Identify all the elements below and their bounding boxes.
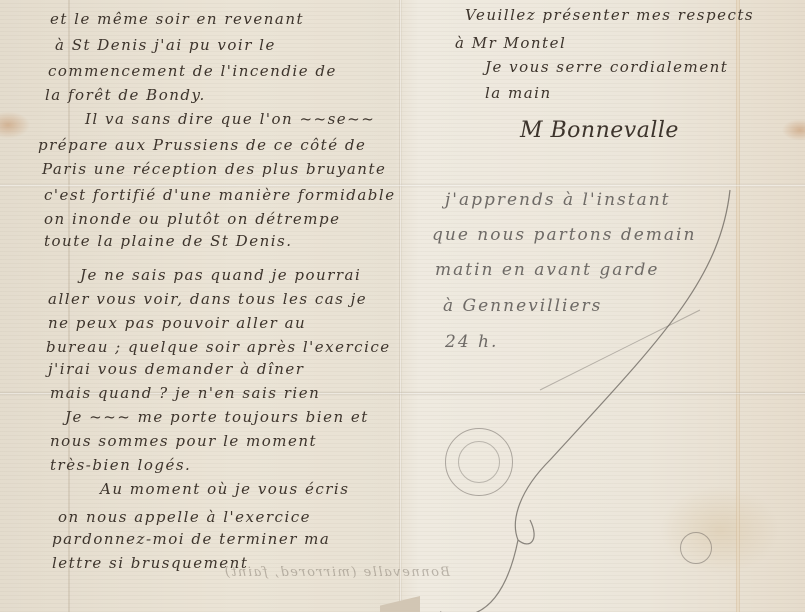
closing-line: Veuillez présenter mes respects	[465, 6, 754, 24]
letter-line: bureau ; quelque soir après l'exercice	[46, 338, 391, 356]
letter-line: c'est fortifié d'une manière formidable	[44, 186, 396, 204]
signature: M Bonnevalle	[520, 118, 679, 143]
letter-line: Paris une réception des plus bruyante	[42, 160, 386, 178]
letter-line: aller vous voir, dans tous les cas je	[48, 290, 367, 308]
closing-line: à Mr Montel	[455, 34, 566, 52]
letter-line: Je ~~~ me porte toujours bien et	[65, 408, 369, 426]
letter-line: Je ne sais pas quand je pourrai	[80, 266, 361, 284]
pencil-note-line: que nous partons demain	[432, 225, 696, 245]
letter-line: mais quand ? je n'en sais rien	[50, 384, 320, 402]
letter-paper: et le même soir en revenant à St Denis j…	[0, 0, 805, 612]
closing-line: Je vous serre cordialement	[485, 58, 728, 76]
letter-line: pardonnez-moi de terminer ma	[52, 530, 330, 548]
letter-line: ne peux pas pouvoir aller au	[48, 314, 306, 332]
letter-line: nous sommes pour le moment	[50, 432, 317, 450]
fold-crease-right	[736, 0, 740, 612]
letter-line: la forêt de Bondy.	[45, 86, 206, 104]
letter-line: lettre si brusquement	[52, 554, 248, 572]
closing-line: la main	[485, 84, 552, 102]
letter-line: commencement de l'incendie de	[48, 62, 337, 80]
letter-line: on inonde ou plutôt on détrempe	[44, 210, 340, 228]
pencil-note-line: 24 h.	[445, 332, 498, 352]
pencil-note-line: matin en avant garde	[435, 260, 659, 280]
letter-line: on nous appelle à l'exercice	[58, 508, 311, 526]
letter-line: Il va sans dire que l'on ~~se~~	[85, 110, 375, 128]
letter-line: j'irai vous demander à dîner	[48, 360, 304, 378]
letter-line: toute la plaine de St Denis.	[44, 232, 293, 250]
pencil-note-line: j'apprends à l'instant	[445, 190, 671, 210]
postmark-stamp-inner-ring	[458, 441, 500, 483]
letter-line: et le même soir en revenant	[50, 10, 304, 28]
letter-line: à St Denis j'ai pu voir le	[55, 36, 276, 54]
letter-line: Au moment où je vous écris	[100, 480, 349, 498]
pencil-note-line: à Gennevilliers	[443, 296, 602, 316]
letter-line: prépare aux Prussiens de ce côté de	[38, 136, 366, 154]
fold-crease-center	[399, 0, 402, 612]
letter-line: très-bien logés.	[50, 456, 191, 474]
bleed-through-text: Bonnevalle (mirrored, faint)	[223, 565, 450, 580]
small-circular-mark	[680, 532, 712, 564]
